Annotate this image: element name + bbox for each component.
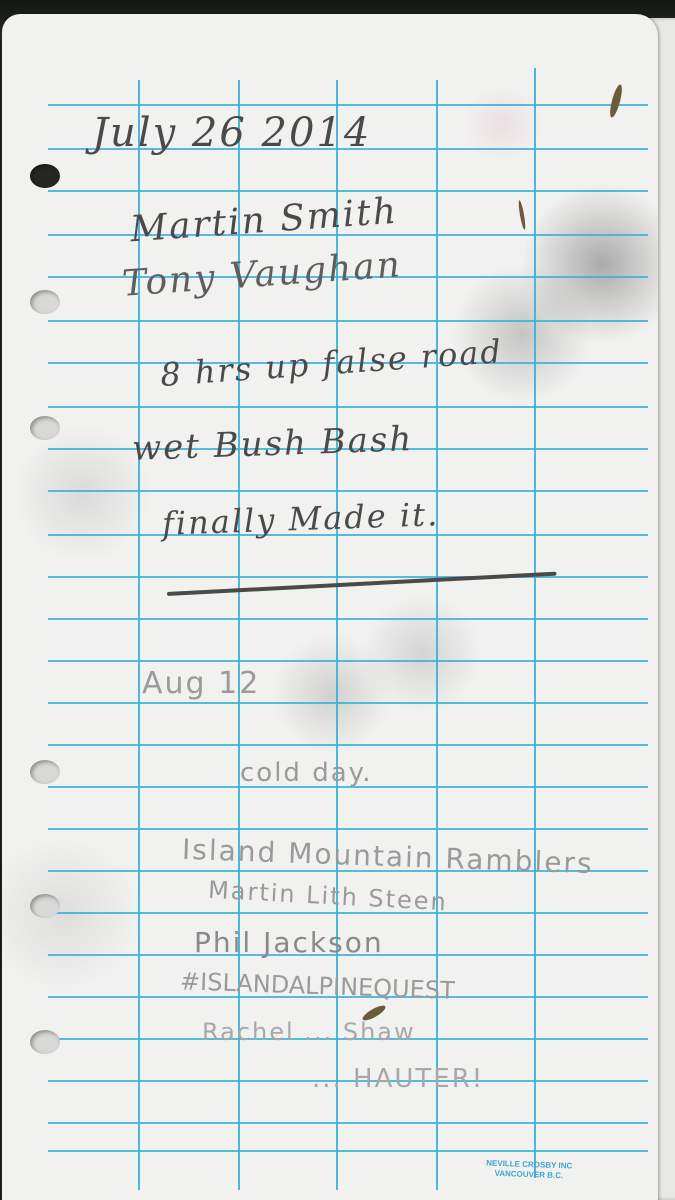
twig-debris [517,200,526,230]
grid-line-horizontal [48,320,648,322]
grid-line-horizontal [48,744,648,746]
grid-line-horizontal [48,660,648,662]
entry-2-line-5: Phil Jackson [194,926,384,959]
grid-line-horizontal [48,576,648,578]
entry-1-line-3: 8 hrs up false road [159,332,504,394]
entry-1-name-1: Martin Smith [129,191,399,251]
grid-line-horizontal [48,618,648,620]
entry-1-date: July 26 2014 [92,110,371,156]
binder-hole [30,1030,60,1054]
leaf-debris [608,84,625,119]
entry-1-line-4: wet Bush Bash [131,419,414,469]
grid-line-horizontal [48,190,648,192]
binder-hole [30,164,60,188]
binder-hole [30,290,60,314]
grid-line-horizontal [48,912,648,914]
entry-2-line-7: Rachel ... Shaw [202,1018,416,1046]
entry-2-date: Aug 12 [142,666,260,701]
grid-line-horizontal [48,1150,648,1152]
binder-hole [30,894,60,918]
grid-line-horizontal [48,406,648,408]
entry-2-line-2: cold day. [240,758,373,788]
entry-2-line-4: Martin Lith Steen [207,876,448,917]
grid-line-horizontal [48,702,648,704]
grid-line-vertical [436,80,438,1190]
entry-1-name-2: Tony Vaughan [121,244,403,304]
grid-line-horizontal [48,490,648,492]
notebook-page: July 26 2014 Martin Smith Tony Vaughan 8… [2,14,658,1200]
binder-hole [30,416,60,440]
entry-2-line-8: ... HAUTER! [312,1064,484,1094]
grid-line-horizontal [48,1122,648,1124]
imprint-line-2: VANCOUVER B.C. [486,1168,572,1181]
printer-imprint: NEVILLE CROSBY INC VANCOUVER B.C. [486,1159,573,1182]
entry-2-line-6: #ISLANDALPINEQUEST [180,967,456,1005]
grid-line-horizontal [48,828,648,830]
entry-2-line-3: Island Mountain Ramblers [182,833,595,880]
grid-line-horizontal [48,104,648,106]
binder-hole [30,760,60,784]
